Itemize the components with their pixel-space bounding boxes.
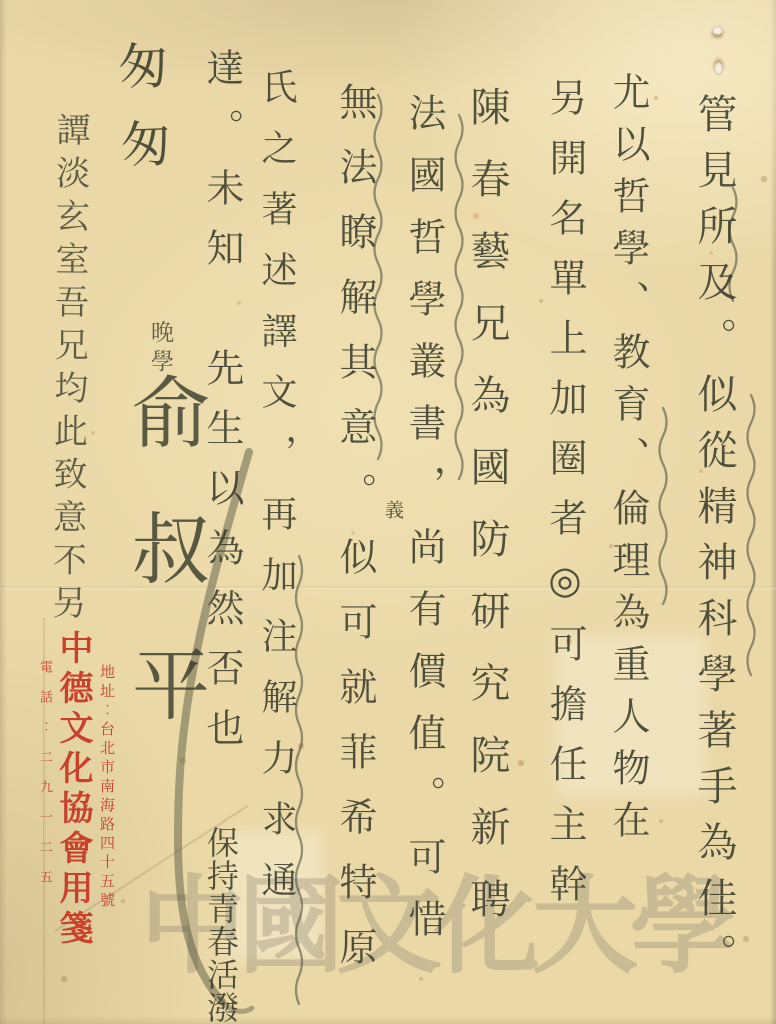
- letter-column-4: 陳春藝兄為國防研究院新聘: [467, 86, 507, 950]
- letter-column-7: 氏之著述譯文，再加注解力求通: [259, 68, 295, 922]
- inserted-correction-char: 義: [383, 500, 402, 521]
- horizontal-fold-crease: [0, 586, 776, 590]
- letterhead-title: 中德文化協會用箋: [55, 630, 89, 950]
- letterhead-phone: 電話︰二九一二五: [39, 660, 52, 900]
- letterhead-address: 地址︰台北市南海路四十五號: [98, 664, 113, 911]
- postscript-column: 保持青春活潑: [205, 826, 237, 1024]
- letter-column-3: 另開名單上加圈者◎可擔任主幹: [545, 78, 583, 924]
- signature: 俞叔平: [125, 372, 203, 780]
- letter-column-5: 法國哲學叢書，尚有價值。可惜: [404, 93, 442, 961]
- fox-spots: [0, 0, 2, 2]
- closing-honorific: 晚學: [149, 320, 172, 378]
- staple-hole: [714, 62, 723, 75]
- letter-column-2: 尤以哲學、教育、倫理為重人物在: [608, 72, 646, 852]
- staple-hole: [712, 26, 723, 35]
- margin-side-note: 譚淡玄室吾兄均此致意不另: [48, 112, 87, 628]
- letter-column-1: 管見所及。似從精神科學著手為佳。: [694, 93, 734, 989]
- letter-column-9: 匆匆: [113, 39, 168, 197]
- letter-column-6: 無法瞭解其意。似可就菲希特原: [335, 82, 373, 992]
- letter-page: 中國文化大學 管見所及。似從精神科學著手為佳。 尤以哲學、教育、倫理為重人物在 …: [0, 0, 776, 1024]
